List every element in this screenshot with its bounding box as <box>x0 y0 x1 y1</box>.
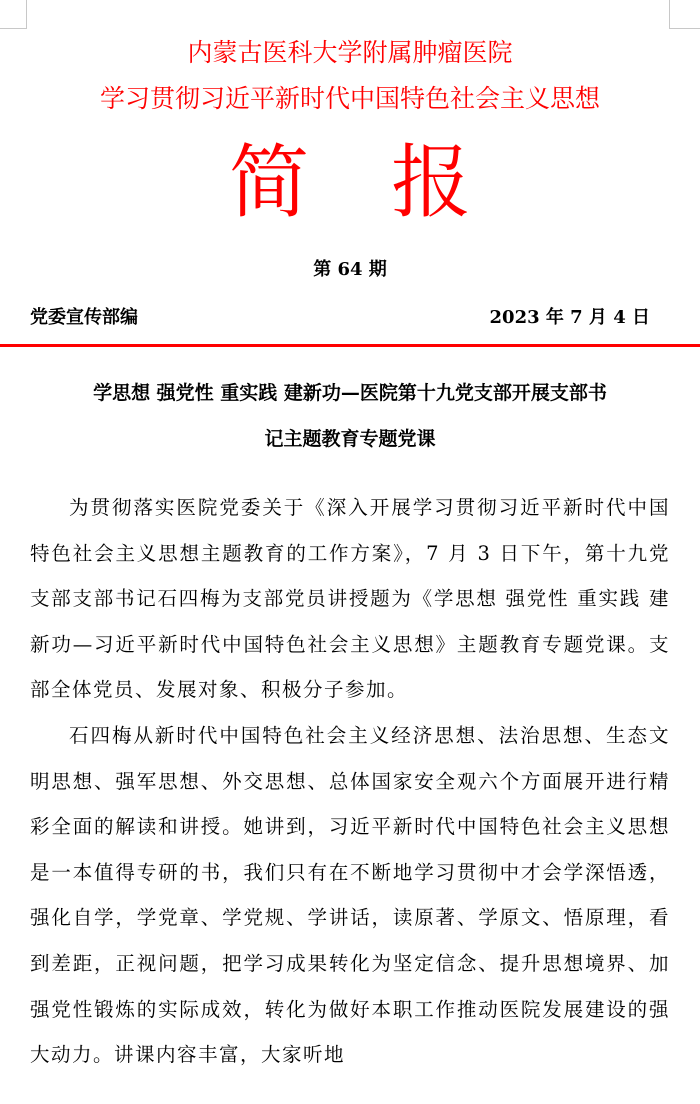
theme-heading: 学习贯彻习近平新时代中国特色社会主义思想 <box>0 84 700 114</box>
article-title-line-1: 学思想 强党性 重实践 建新功—医院第十九党支部开展支部书 <box>20 370 680 416</box>
masthead-char-jian: 简 <box>229 138 309 228</box>
article-title: 学思想 强党性 重实践 建新功—医院第十九党支部开展支部书 记主题教育专题党课 <box>20 370 680 462</box>
editor-label: 党委宣传部编 <box>30 306 138 330</box>
issue-number: 第 64 期 <box>0 258 700 282</box>
article-body: 为贯彻落实医院党委关于《深入开展学习贯彻习近平新时代中国特色社会主义思想主题教育… <box>30 485 670 1078</box>
publish-date: 2023 年 7 月 4 日 <box>490 306 650 330</box>
red-divider-rule <box>0 344 700 347</box>
paragraph-1: 为贯彻落实医院党委关于《深入开展学习贯彻习近平新时代中国特色社会主义思想主题教育… <box>30 485 670 713</box>
masthead: 简报 <box>0 138 700 228</box>
institution-name: 内蒙古医科大学附属肿瘤医院 <box>0 38 700 68</box>
paragraph-2: 石四梅从新时代中国特色社会主义经济思想、法治思想、生态文明思想、强军思想、外交思… <box>30 713 670 1078</box>
article-title-line-2: 记主题教育专题党课 <box>20 416 680 462</box>
masthead-char-bao: 报 <box>391 138 471 228</box>
crop-mark-top-right <box>669 0 700 29</box>
crop-mark-top-left <box>0 0 27 29</box>
